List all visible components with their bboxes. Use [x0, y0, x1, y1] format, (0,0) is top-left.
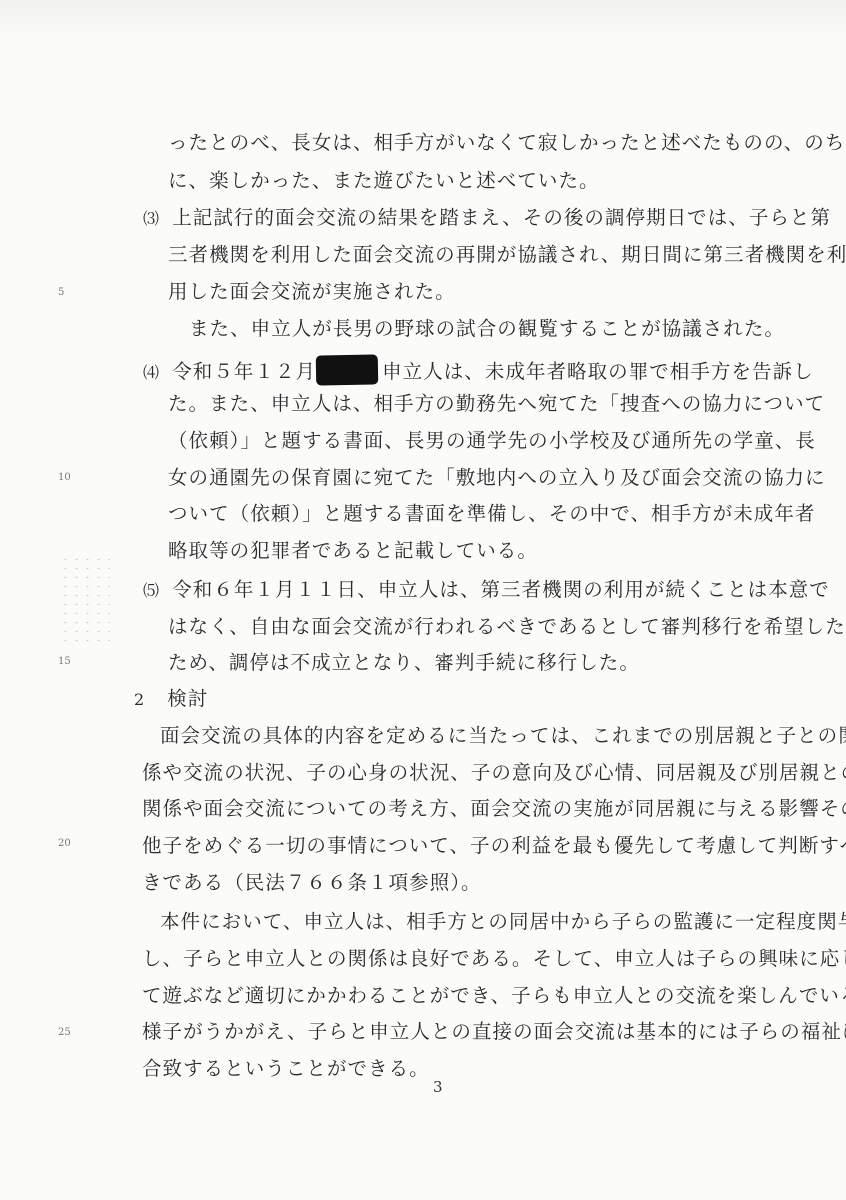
page-number: 3	[433, 1078, 443, 1096]
text-line: 面会交流の具体的内容を定めるに当たっては、これまでの別居親と子との関	[160, 724, 846, 748]
text-line: 略取等の犯罪者であると記載している。	[168, 539, 538, 563]
text-line: 他子をめぐる一切の事情について、子の利益を最も優先して考慮して判断すべ	[142, 834, 846, 858]
text-line: はなく、自由な面会交流が行われるべきであるとして審判移行を希望した	[168, 615, 846, 639]
text-line: た。また、申立人は、相手方の勤務先へ宛てた「捜査への協力について	[168, 392, 825, 416]
document-page: 5 10 15 20 25 ったとのべ、長女は、相手方がいなくて寂しかったと述べ…	[0, 0, 846, 1200]
text-line: 様子がうかがえ、子らと申立人との直接の面会交流は基本的には子らの福祉に	[142, 1020, 846, 1044]
text-line: に、楽しかった、また遊びたいと述べていた。	[168, 169, 600, 193]
text-line: 令和５年１２月	[172, 360, 316, 383]
list-item-5: ⑸ 令和６年１月１１日、申立人は、第三者機関の利用が続くことは本意で	[143, 578, 830, 603]
text-line: 申立人は、未成年者略取の罪で相手方を告訴し	[382, 360, 814, 383]
text-line: 合致するということができる。	[142, 1057, 430, 1081]
section-heading: 2 検討	[134, 687, 208, 712]
line-number: 25	[58, 1027, 71, 1038]
text-line: 令和６年１月１１日、申立人は、第三者機関の利用が続くことは本意で	[172, 578, 830, 601]
list-item-4: ⑷ 令和５年１２月申立人は、未成年者略取の罪で相手方を告訴し	[143, 355, 814, 385]
item-marker: ⑸	[143, 579, 165, 603]
text-line: 関係や面会交流についての考え方、面会交流の実施が同居親に与える影響その	[142, 797, 846, 821]
text-line: て遊ぶなど適切にかかわることができ、子らも申立人との交流を楽しんでいる	[142, 984, 846, 1008]
scan-artifact	[60, 555, 110, 645]
text-line: ため、調停は不成立となり、審判手続に移行した。	[168, 651, 640, 675]
section-number: 2	[134, 688, 160, 712]
redaction-block	[316, 354, 379, 385]
item-marker: ⑶	[143, 207, 165, 231]
text-line: 本件において、申立人は、相手方との同居中から子らの監護に一定程度関与	[160, 910, 846, 934]
section-title: 検討	[167, 687, 208, 710]
text-line: 上記試行的面会交流の結果を踏まえ、その後の調停期日では、子らと第	[172, 206, 831, 229]
item-marker: ⑷	[143, 361, 165, 385]
text-line: また、申立人が長男の野球の試合の観覧することが協議された。	[189, 317, 785, 341]
text-line: 三者機関を利用した面会交流の再開が協議され、期日間に第三者機関を利	[168, 243, 846, 267]
text-line: し、子らと申立人との関係は良好である。そして、申立人は子らの興味に応じ	[142, 947, 846, 971]
text-line: ついて（依頼）」と題する書面を準備し、その中で、相手方が未成年者	[168, 502, 815, 526]
line-number: 20	[58, 838, 71, 849]
line-number: 10	[58, 472, 71, 483]
text-line: （依頼）」と題する書面、長男の通学先の小学校及び通所先の学童、長	[168, 429, 816, 453]
text-line: 女の通園先の保育園に宛てた「敷地内への立入り及び面会交流の協力に	[168, 466, 826, 490]
line-number: 5	[58, 287, 64, 298]
list-item-3: ⑶ 上記試行的面会交流の結果を踏まえ、その後の調停期日では、子らと第	[143, 206, 831, 231]
text-line: 係や交流の状況、子の心身の状況、子の意向及び心情、同居親及び別居親との	[142, 761, 846, 785]
line-number: 15	[58, 656, 71, 667]
text-line: きである（民法７６６条１項参照）。	[142, 871, 482, 895]
scan-shadow	[0, 0, 846, 40]
text-line: ったとのべ、長女は、相手方がいなくて寂しかったと述べたものの、のち	[168, 131, 845, 155]
text-line: 用した面会交流が実施された。	[168, 280, 456, 304]
